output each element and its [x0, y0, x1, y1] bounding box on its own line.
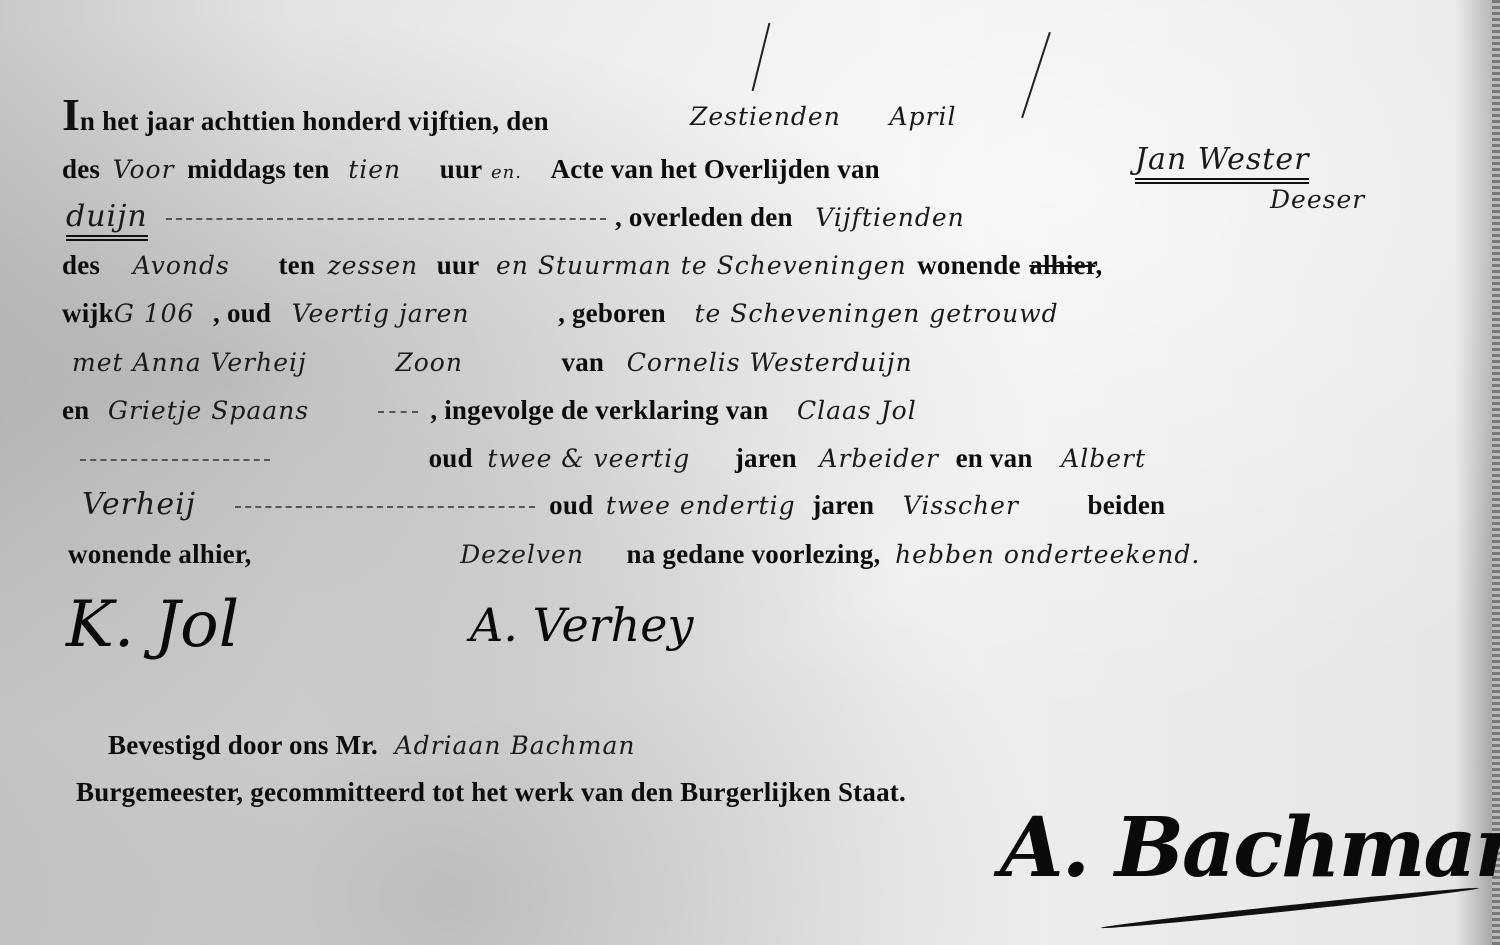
handwritten-signed: hebben onderteekend.	[895, 540, 1200, 569]
printed-en-van: en van	[956, 443, 1033, 473]
printed-middags: middags ten	[187, 154, 329, 184]
printed-ten: ten	[278, 250, 315, 280]
handwritten-occupation: en Stuurman te Scheveningen	[496, 251, 907, 280]
printed-jaren-2: jaren	[812, 490, 874, 520]
record-line-5: wijkG 106 , oud Veertig jaren , geboren …	[62, 296, 1059, 331]
printed-bevestigd: Bevestigd door ons Mr.	[108, 730, 378, 760]
printed-des: des	[62, 154, 100, 184]
handwritten-age: Veertig jaren	[292, 299, 470, 328]
printed-burgemeester: Burgemeester, gecommitteerd tot het werk…	[76, 777, 906, 807]
printed-jaren: jaren	[735, 443, 797, 473]
handwritten-dezelven: Dezelven	[460, 540, 584, 569]
record-line-9: Verheij oud twee endertig jaren Visscher…	[82, 488, 1165, 523]
printed-wijk: wijk	[62, 298, 114, 328]
signature-witness1: K. Jol	[66, 588, 239, 662]
printed-wonende-alhier: wonende alhier,	[68, 539, 252, 569]
printed-year-text: n het jaar achttien honderd vijftien, de…	[80, 106, 549, 136]
signature-mayor: A. Bachman	[1000, 800, 1500, 896]
handwritten-witness2-age: twee endertig	[606, 491, 796, 520]
handwritten-zessen: zessen	[328, 251, 419, 280]
fill-line	[80, 459, 270, 461]
fill-line	[378, 411, 418, 413]
handwritten-day: Zestienden	[690, 102, 841, 131]
handwritten-date: Zestienden April	[690, 100, 956, 134]
printed-alhier-struck: alhier	[1029, 250, 1095, 280]
printed-comma: ,	[1095, 250, 1102, 280]
printed-geboren: , geboren	[558, 298, 666, 328]
printed-ingevolge: , ingevolge de verklaring van	[430, 395, 768, 425]
signature-witness2: A. Verhey	[470, 598, 694, 652]
printed-oud-3: oud	[549, 490, 593, 520]
handwritten-witness2-occupation: Visscher	[903, 491, 1019, 520]
record-line-12: Burgemeester, gecommitteerd tot het werk…	[76, 775, 906, 810]
handwritten-voor: Voor	[113, 155, 175, 184]
handwritten-witness1: Claas Jol	[797, 396, 917, 425]
handwritten-deeser: Deeser	[1270, 185, 1365, 214]
handwritten-birthplace: te Scheveningen getrouwd	[694, 299, 1058, 328]
fill-line	[166, 218, 606, 220]
handwritten-hour: tien	[348, 155, 401, 184]
record-line-2: des Voor middags ten tien uur en. Acte v…	[62, 152, 880, 190]
printed-des-2: des	[62, 250, 100, 280]
record-line-7: en Grietje Spaans , ingevolge de verklar…	[62, 393, 917, 428]
handwritten-avonds: Avonds	[133, 251, 230, 280]
printed-beiden: beiden	[1088, 490, 1166, 520]
drop-cap: I	[62, 89, 80, 140]
printed-uur: uur	[440, 154, 483, 184]
printed-van: van	[562, 347, 605, 377]
handwritten-deceased-name: Jan Wester	[1135, 142, 1309, 184]
handwritten-witness1-occupation: Arbeider	[819, 444, 939, 473]
handwritten-father: Cornelis Westerduijn	[627, 348, 913, 377]
record-line-1: In het jaar achttien honderd vijftien, d…	[62, 98, 549, 139]
printed-acte: Acte van het Overlijden van	[551, 154, 880, 184]
deceased-name: Jan Wester	[1135, 143, 1309, 178]
handwritten-mayor-name: Adriaan Bachman	[395, 731, 636, 760]
printed-en: en	[62, 395, 89, 425]
handwritten-zoon: Zoon	[395, 348, 463, 377]
handwritten-witness2: Albert	[1061, 444, 1146, 473]
printed-oud: , oud	[213, 298, 271, 328]
fill-line	[235, 506, 535, 508]
record-line-4: des Avonds ten zessen uur en Stuurman te…	[62, 248, 1102, 283]
handwritten-deeser-wrap: Deeser	[1270, 183, 1365, 217]
handwritten-witness1-age: twee & veertig	[487, 444, 690, 473]
printed-uur-2: uur	[437, 250, 480, 280]
record-line-3: duijn , overleden den Vijftienden	[66, 200, 965, 235]
record-line-8: oud twee & veertig jaren Arbeider en van…	[80, 441, 1146, 476]
record-line-11: Bevestigd door ons Mr. Adriaan Bachman	[108, 728, 635, 763]
record-line-6: met Anna Verheij Zoon van Cornelis Weste…	[72, 345, 913, 380]
printed-oud-2: oud	[429, 443, 473, 473]
printed-voorlezing: na gedane voorlezing,	[627, 539, 881, 569]
handwritten-en: en.	[491, 162, 522, 183]
printed-wonende: wonende	[917, 250, 1020, 280]
record-line-10: wonende alhier, Dezelven na gedane voorl…	[68, 537, 1200, 572]
handwritten-mother: Grietje Spaans	[108, 396, 309, 425]
handwritten-witness2-cont: Verheij	[82, 487, 196, 522]
handwritten-death-date: Vijftienden	[815, 203, 964, 232]
handwritten-month: April	[889, 102, 956, 131]
handwritten-wijk-number: G 106	[114, 299, 195, 328]
handwritten-deceased-name-cont: duijn	[66, 199, 148, 241]
handwritten-spouse: met Anna Verheij	[72, 348, 307, 377]
printed-overleden: , overleden den	[615, 202, 793, 232]
